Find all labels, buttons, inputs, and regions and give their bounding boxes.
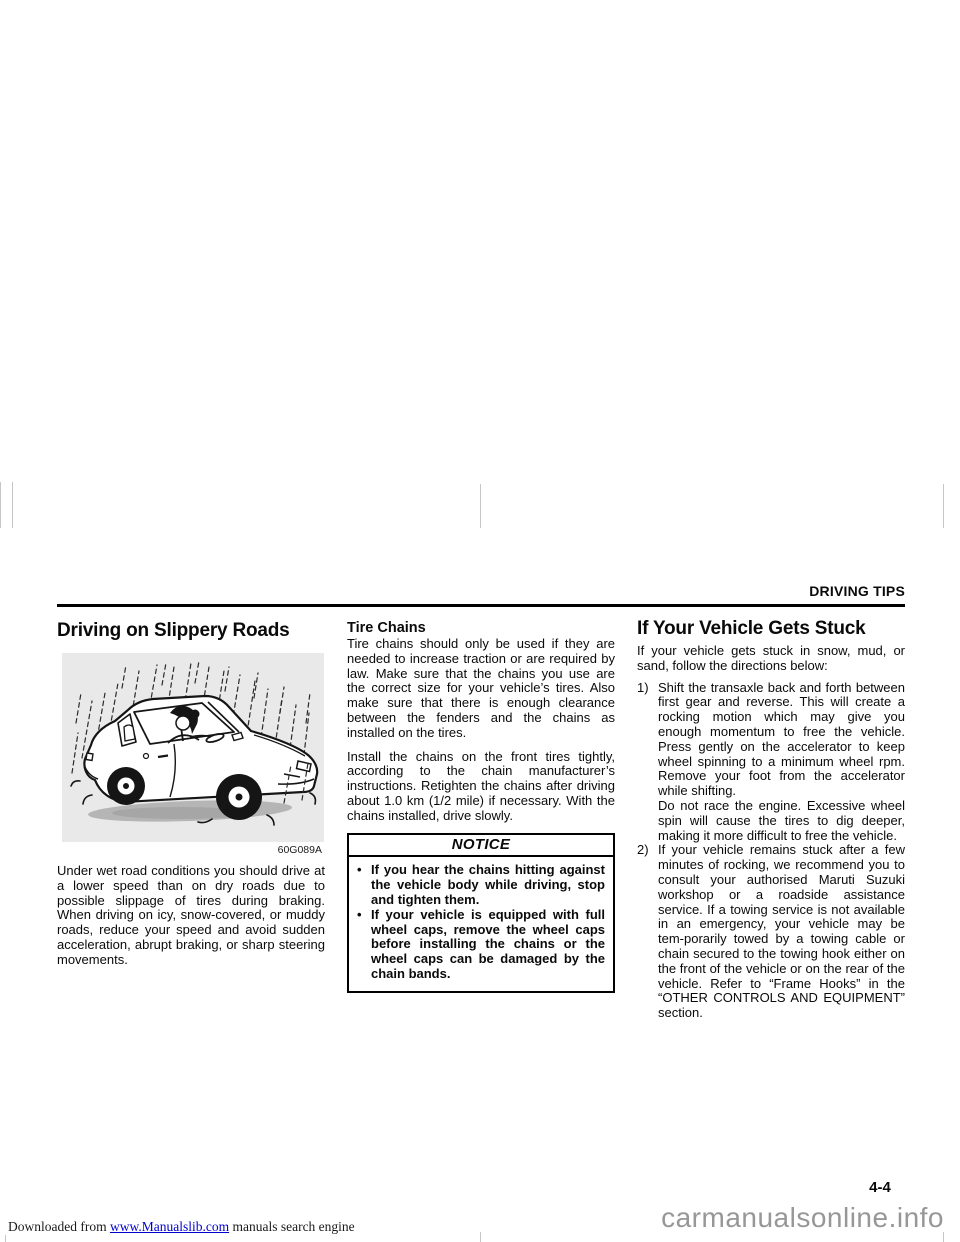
header-rule bbox=[57, 604, 905, 607]
section-tire-chains: Tire Chains Tire chains should only be u… bbox=[347, 620, 615, 993]
manualslib-link[interactable]: www.Manualslib.com bbox=[110, 1219, 229, 1234]
scan-mark bbox=[5, 1235, 6, 1242]
notice-list: • If you hear the chains hitting against… bbox=[349, 857, 613, 990]
body-paragraph: Tire chains should only be used if they … bbox=[347, 637, 615, 741]
footer-prefix: Downloaded from bbox=[8, 1219, 110, 1234]
notice-bullet-item: • If your vehicle is equipped with full … bbox=[357, 908, 605, 982]
manualslib-footer: Downloaded from www.Manualslib.com manua… bbox=[8, 1219, 355, 1235]
scan-mark bbox=[480, 484, 481, 528]
scan-mark bbox=[943, 484, 944, 528]
item-body: If your vehicle remains stuck after a fe… bbox=[658, 843, 905, 1021]
section-heading: Tire Chains bbox=[347, 620, 615, 637]
section-heading: Driving on Slippery Roads bbox=[57, 620, 325, 641]
notice-bullet-text: If you hear the chains hitting against t… bbox=[371, 863, 605, 907]
car-rain-figure: 60G089A bbox=[62, 653, 324, 856]
figure-code: 60G089A bbox=[62, 844, 324, 856]
manual-page: DRIVING TIPS Driving on Slippery Roads bbox=[0, 0, 960, 1242]
notice-bullet-item: • If you hear the chains hitting against… bbox=[357, 863, 605, 907]
scan-mark bbox=[480, 1232, 481, 1242]
notice-title: NOTICE bbox=[349, 835, 613, 858]
numbered-list: 1) Shift the transaxle back and forth be… bbox=[637, 681, 905, 1021]
bullet-glyph: • bbox=[357, 863, 371, 907]
running-header: DRIVING TIPS bbox=[605, 583, 905, 599]
item-paragraph: Shift the transaxle back and forth betwe… bbox=[658, 681, 905, 799]
section-driving-on-slippery-roads: Driving on Slippery Roads bbox=[57, 620, 325, 968]
item-paragraph: If your vehicle remains stuck after a fe… bbox=[658, 843, 905, 1021]
body-paragraph: Install the chains on the front tires ti… bbox=[347, 750, 615, 824]
section-intro: If your vehicle gets stuck in snow, mud,… bbox=[637, 644, 905, 674]
notice-box: NOTICE • If you hear the chains hitting … bbox=[347, 833, 615, 993]
item-number: 1) bbox=[637, 681, 658, 844]
bullet-glyph: • bbox=[357, 908, 371, 982]
notice-bullet-text: If your vehicle is equipped with full wh… bbox=[371, 908, 605, 982]
page-number: 4-4 bbox=[845, 1179, 915, 1196]
car-in-rain-svg bbox=[62, 653, 324, 842]
item-paragraph: Do not race the engine. Excessive wheel … bbox=[658, 799, 905, 843]
section-heading: If Your Vehicle Gets Stuck bbox=[637, 618, 905, 639]
body-paragraph: Under wet road conditions you should dri… bbox=[57, 864, 325, 968]
numbered-item: 1) Shift the transaxle back and forth be… bbox=[637, 681, 905, 844]
numbered-item: 2) If your vehicle remains stuck after a… bbox=[637, 843, 905, 1021]
car-in-rain-illustration bbox=[62, 653, 324, 842]
scan-mark bbox=[0, 482, 1, 528]
section-if-your-vehicle-gets-stuck: If Your Vehicle Gets Stuck If your vehic… bbox=[637, 618, 905, 1021]
item-number: 2) bbox=[637, 843, 658, 1021]
scan-mark bbox=[12, 482, 13, 528]
carmanualsonline-watermark: carmanualsonline.info bbox=[661, 1202, 944, 1234]
footer-suffix: manuals search engine bbox=[229, 1219, 355, 1234]
item-body: Shift the transaxle back and forth betwe… bbox=[658, 681, 905, 844]
